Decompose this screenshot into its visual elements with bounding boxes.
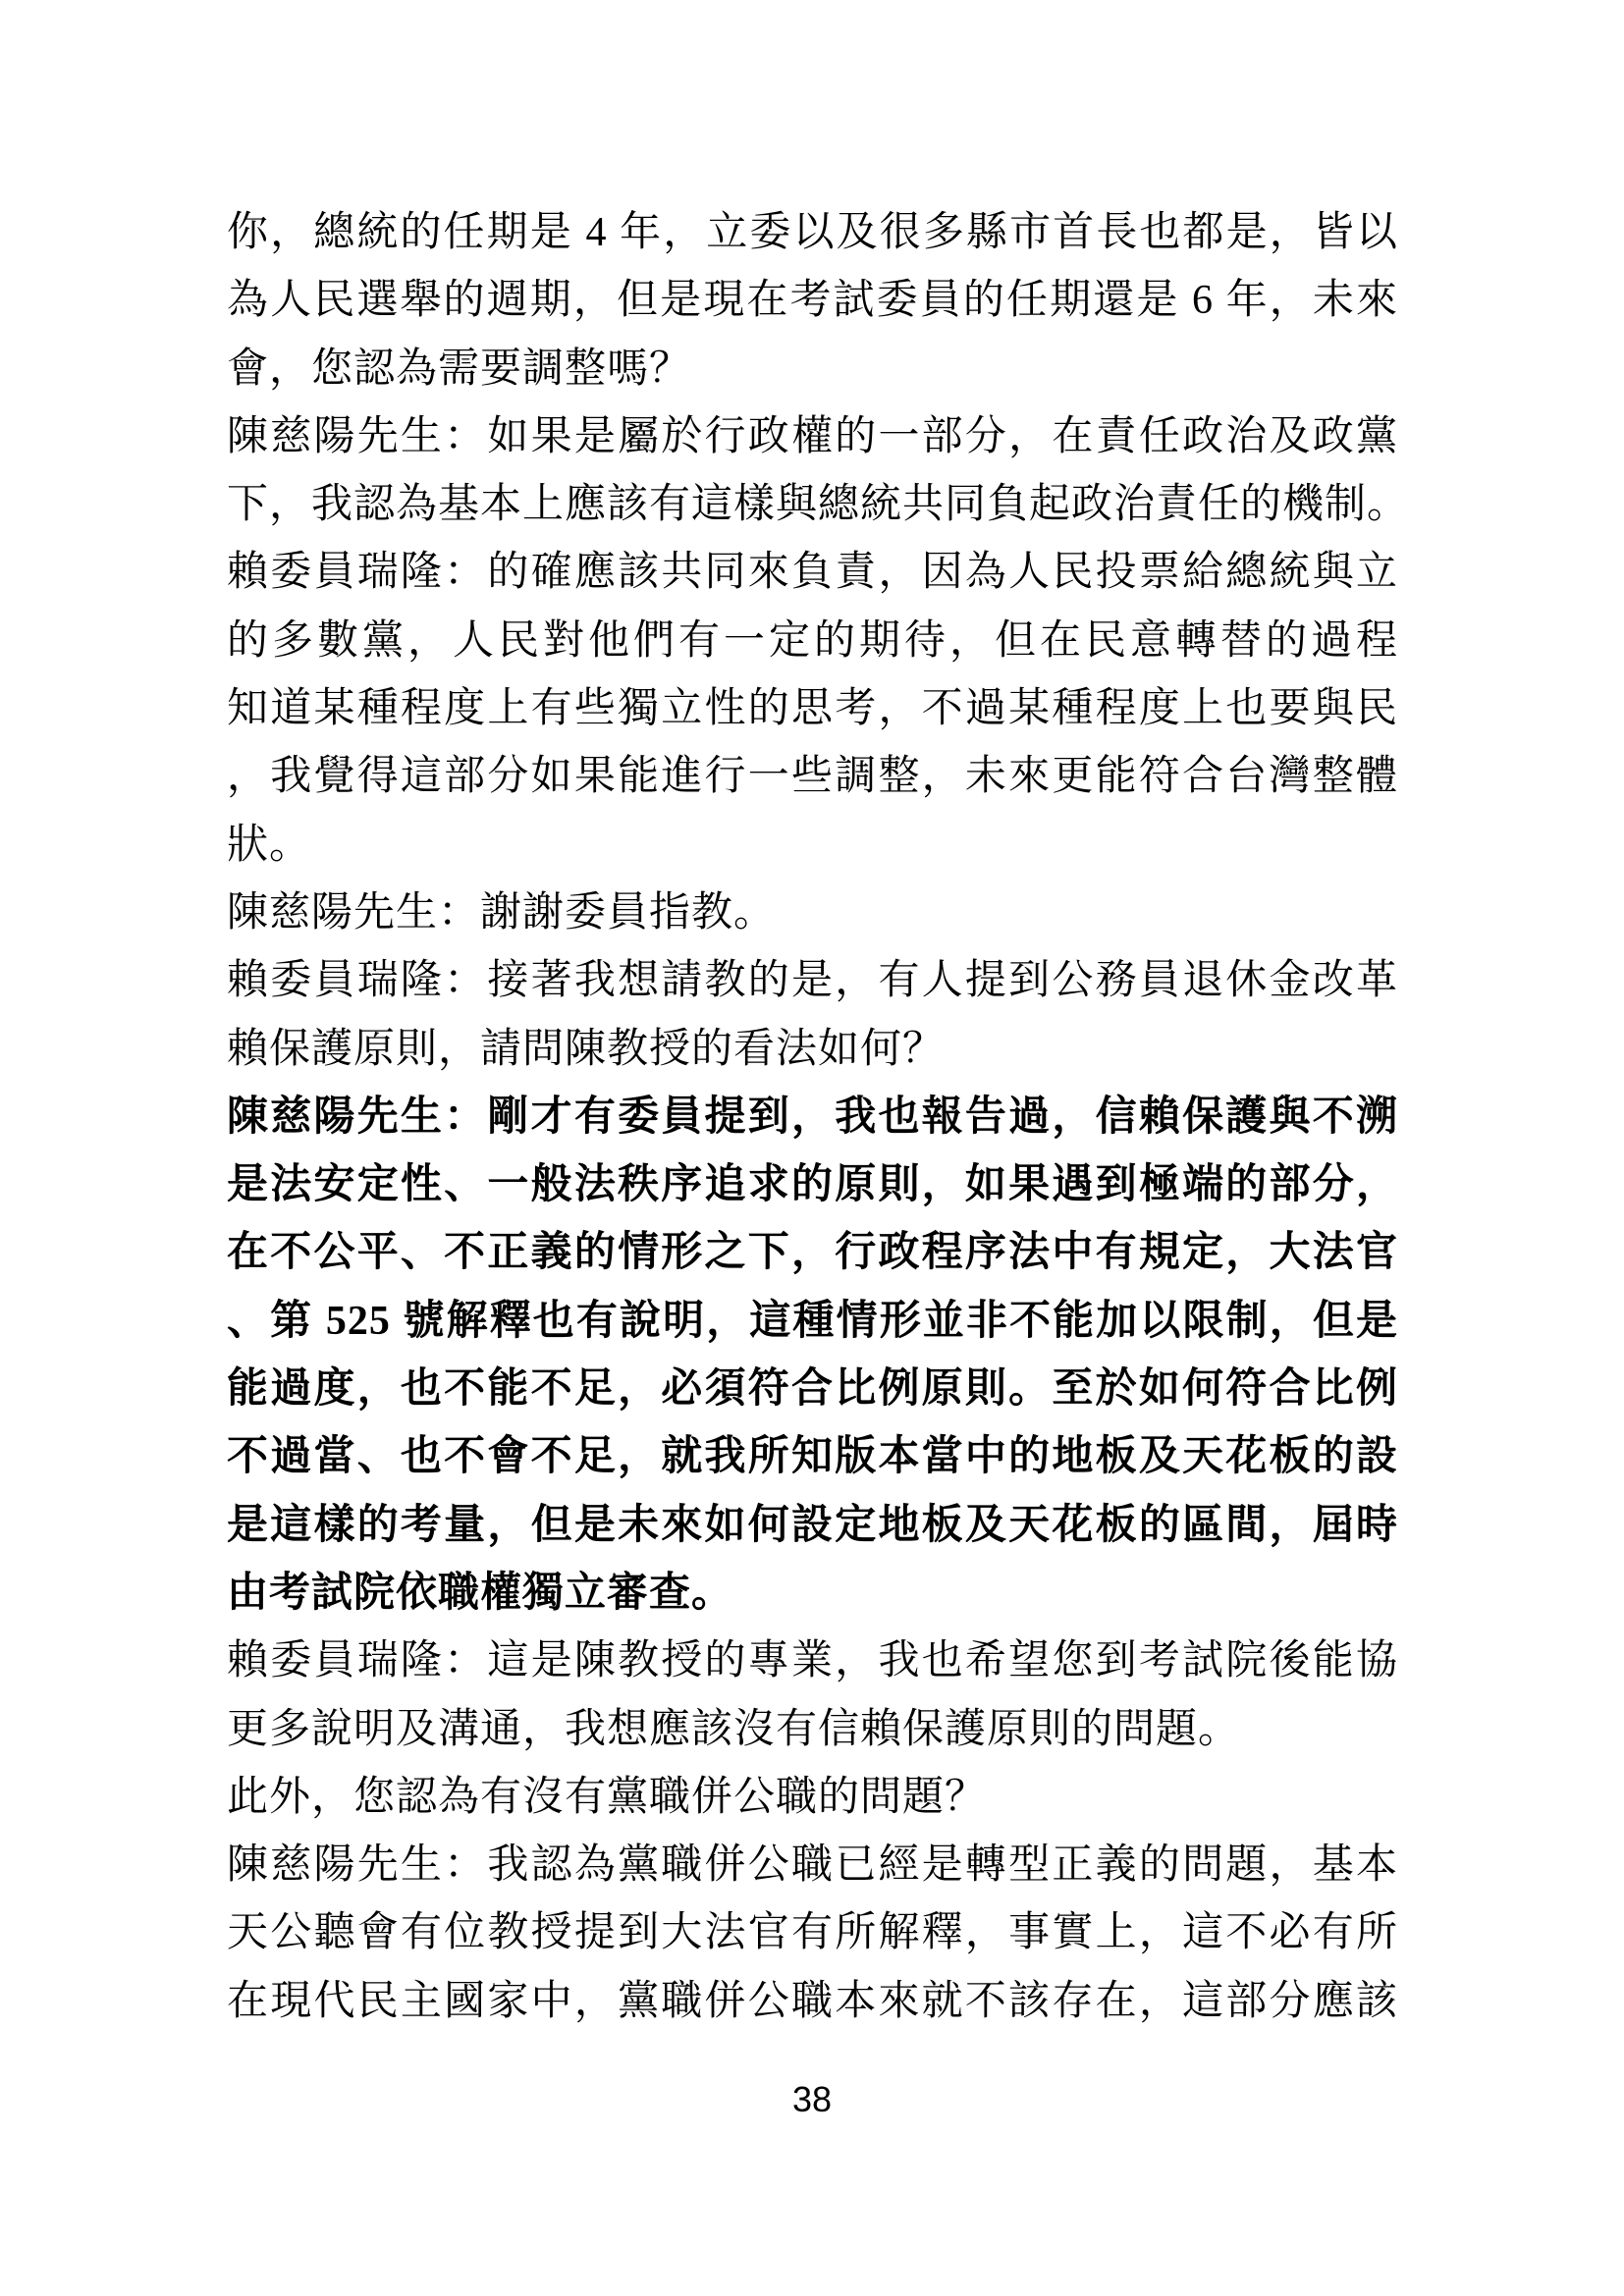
- text-line: 你，總統的任期是 4 年，立委以及很多縣市首長也都是，皆以 4 年做: [227, 199, 1398, 267]
- page-number: 38: [0, 2079, 1624, 2120]
- text-line: 不過當、也不會不足，就我所知版本當中的地板及天花板的設定，就: [227, 1423, 1398, 1491]
- text-line: ，我覺得這部分如果能進行一些調整，未來更能符合台灣整體運作現: [227, 743, 1398, 811]
- text-line: 陳慈陽先生：我認為黨職併公職已經是轉型正義的問題，基本上，前: [227, 1832, 1398, 1899]
- text-line: 陳慈陽先生：謝謝委員指教。: [227, 880, 1398, 947]
- text-line: 狀。: [227, 812, 1398, 880]
- document-page: 你，總統的任期是 4 年，立委以及很多縣市首長也都是，皆以 4 年做為人民選舉的…: [0, 0, 1624, 2296]
- text-line: 賴委員瑞隆：這是陳教授的專業，我也希望您到考試院後能協助進行: [227, 1628, 1398, 1695]
- text-line: 是法安定性、一般法秩序追求的原則，如果遇到極端的部分，可能是: [227, 1151, 1398, 1219]
- text-line: 在現代民主國家中，黨職併公職本來就不該存在，這部分應該儘速處: [227, 1968, 1398, 2036]
- text-line: 陳慈陽先生：如果是屬於行政權的一部分，在責任政治及政黨政治之: [227, 403, 1398, 471]
- text-line: 下，我認為基本上應該有這樣與總統共同負起政治責任的機制。: [227, 471, 1398, 539]
- text-line: 賴委員瑞隆：的確應該共同來負責，因為人民投票給總統與立委選出: [227, 539, 1398, 607]
- text-line: 天公聽會有位教授提到大法官有所解釋，事實上，這不必有所解釋，: [227, 1899, 1398, 1967]
- text-line: 更多說明及溝通，我想應該沒有信賴保護原則的問題。: [227, 1696, 1398, 1764]
- text-line: 賴委員瑞隆：接著我想請教的是，有人提到公務員退休金改革涉及信: [227, 947, 1398, 1015]
- text-line: 會，您認為需要調整嗎？: [227, 336, 1398, 403]
- text-line: 賴保護原則，請問陳教授的看法如何？: [227, 1016, 1398, 1084]
- text-line: 、第 525 號解釋也有說明，這種情形並非不能加以限制，但是限制不: [227, 1288, 1398, 1356]
- text-line: 此外，您認為有沒有黨職併公職的問題？: [227, 1764, 1398, 1832]
- text-line: 由考試院依職權獨立審查。: [227, 1560, 1398, 1628]
- text-line: 在不公平、不正義的情形之下，行政程序法中有規定，大法官第 717 號: [227, 1219, 1398, 1287]
- text-line: 的多數黨，人民對他們有一定的期待，但在民意轉替的過程中，我們: [227, 608, 1398, 675]
- text-line: 知道某種程度上有些獨立性的思考，不過某種程度上也要與民意結合: [227, 675, 1398, 743]
- text-line: 能過度，也不能不足，必須符合比例原則。至於如何符合比例原則、: [227, 1356, 1398, 1423]
- text-line: 為人民選舉的週期，但是現在考試委員的任期還是 6 年，未來若有機: [227, 267, 1398, 335]
- transcript-text-block: 你，總統的任期是 4 年，立委以及很多縣市首長也都是，皆以 4 年做為人民選舉的…: [227, 199, 1398, 2036]
- text-line: 陳慈陽先生：剛才有委員提到，我也報告過，信賴保護與不溯及既往: [227, 1084, 1398, 1151]
- text-line: 是這樣的考量，但是未來如何設定地板及天花板的區間，屆時還是得: [227, 1492, 1398, 1560]
